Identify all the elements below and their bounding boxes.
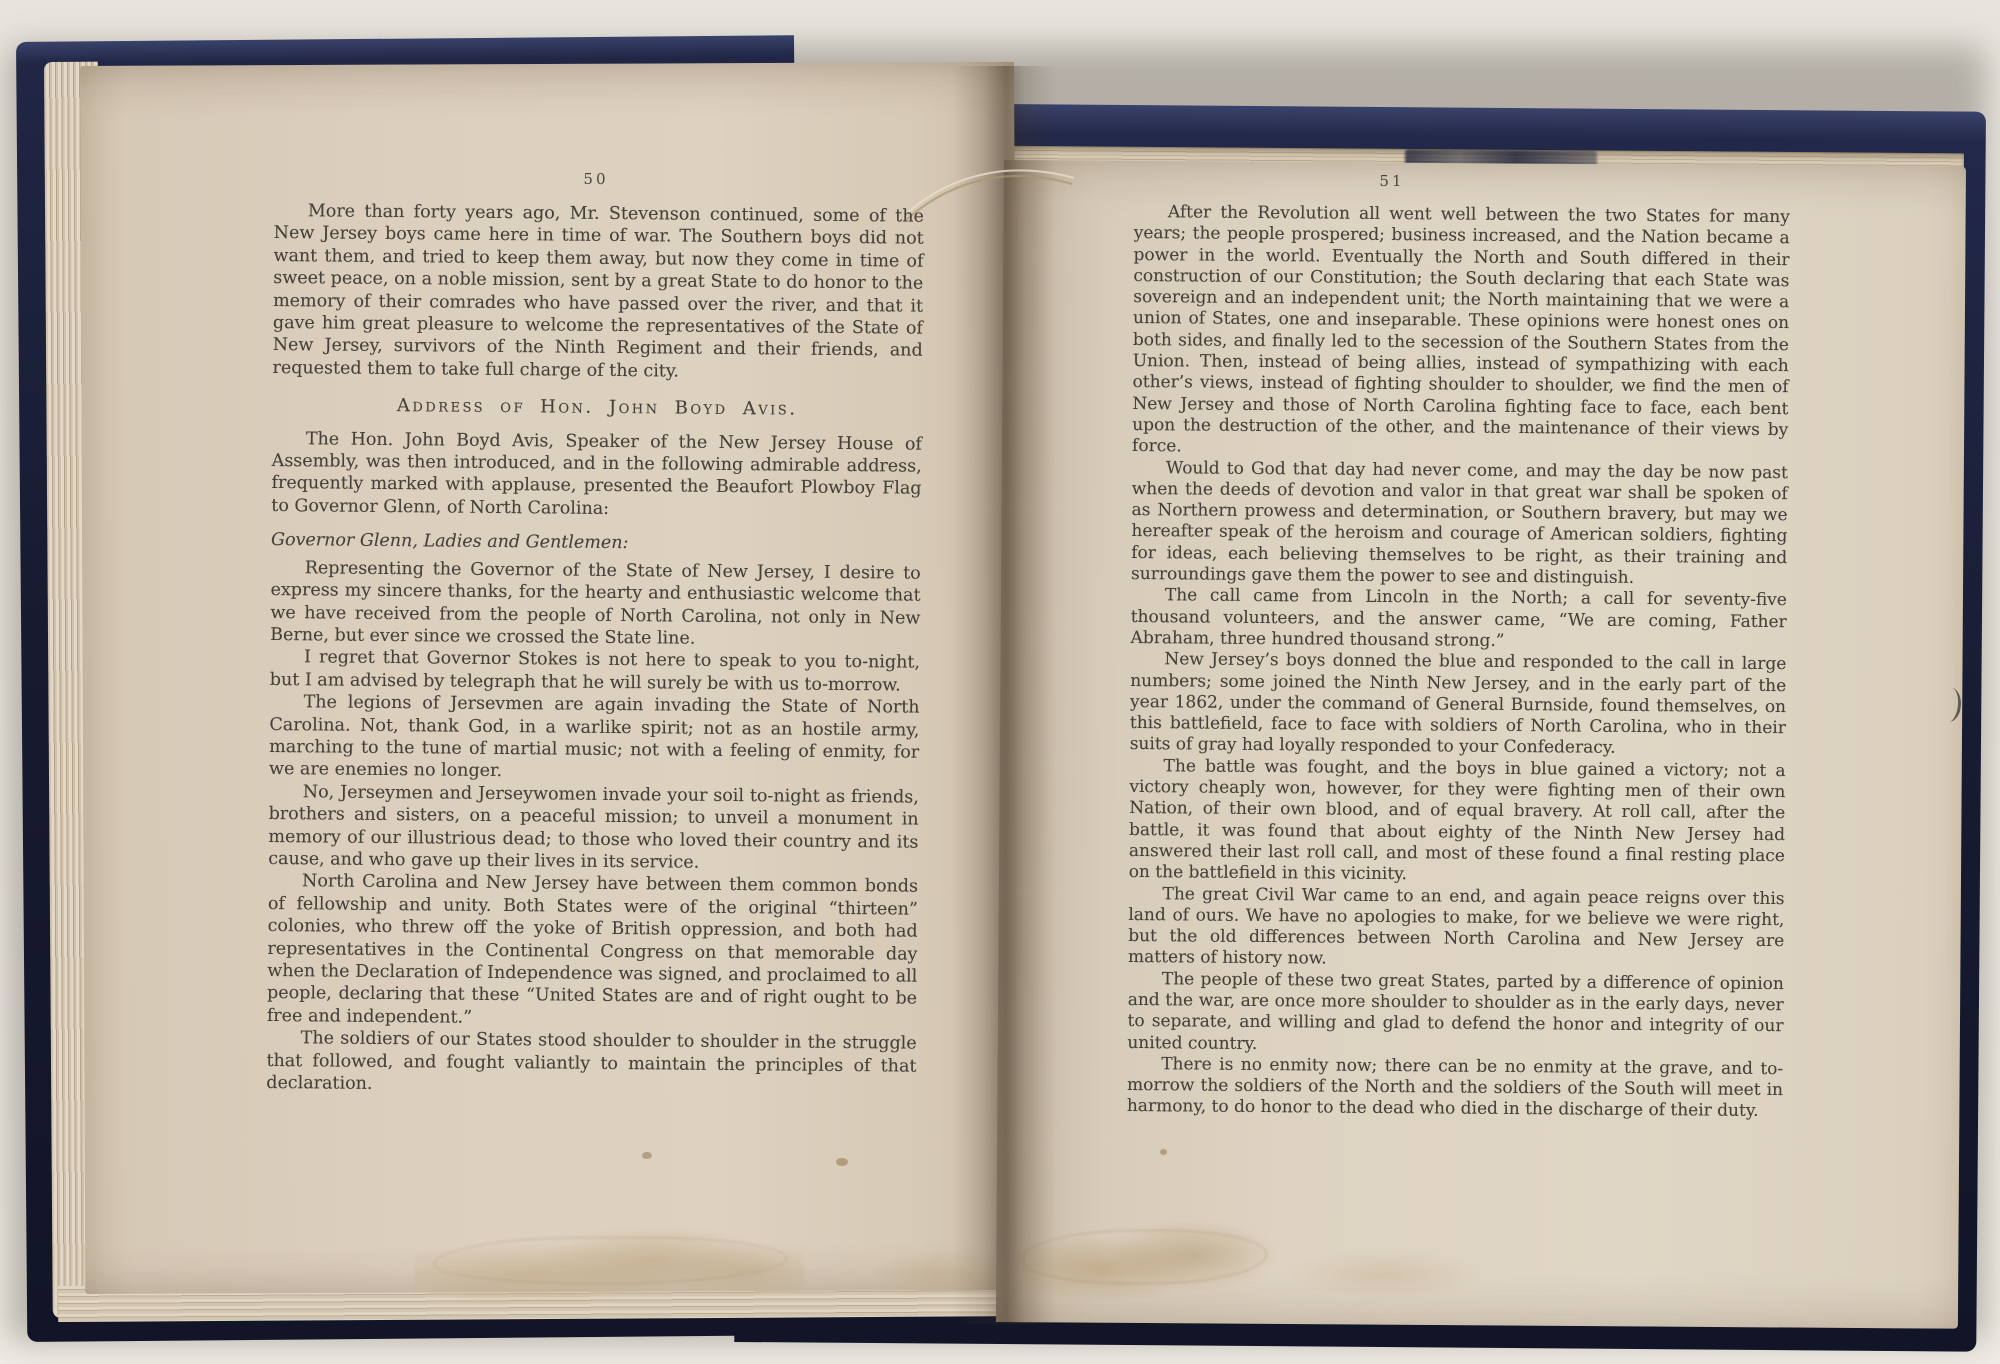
paragraph: The battle was fought, and the boys in b… [1129,756,1786,889]
section-heading: Address of Hon. John Boyd Avis. [272,394,922,422]
paragraph: There is no enmity now; there can be no … [1127,1054,1783,1123]
page-text-left: More than forty years ago, Mr. Stevenson… [266,200,924,1100]
paragraph: The soldiers of our States stood shoulde… [266,1027,917,1100]
page-number-left: 50 [556,170,636,189]
paragraph: The call came from Lincoln in the North;… [1130,585,1786,654]
paragraph: The legions of Jersevmen are again invad… [269,691,920,786]
paragraph: The Hon. John Boyd Avis, Speaker of the … [271,428,922,523]
paragraph: The people of these two great States, pa… [1127,969,1784,1059]
paragraph: North Carolina and New Jersey have betwe… [267,870,918,1033]
paragraph: Would to God that day had never come, an… [1131,458,1788,591]
page-text-right: After the Revolution all went well betwe… [1127,202,1790,1123]
page-number-right: 51 [1352,172,1432,191]
book-photo: 50 51 More than forty years ago, Mr. Ste… [0,0,2000,1364]
page-curl [902,158,1078,230]
paragraph: New Jersey’s boys donned the blue and re… [1130,649,1787,761]
paragraph: More than forty years ago, Mr. Stevenson… [272,200,924,385]
paragraph: After the Revolution all went well betwe… [1132,202,1790,463]
salutation: Governor Glenn, Ladies and Gentlemen: [271,529,921,557]
paragraph: Representing the Governor of the State o… [270,557,921,652]
paragraph: No, Jerseymen and Jerseywomen invade you… [268,781,919,876]
paragraph: The great Civil War came to an end, and … [1128,883,1785,973]
paragraph: I regret that Governor Stokes is not her… [270,646,920,696]
